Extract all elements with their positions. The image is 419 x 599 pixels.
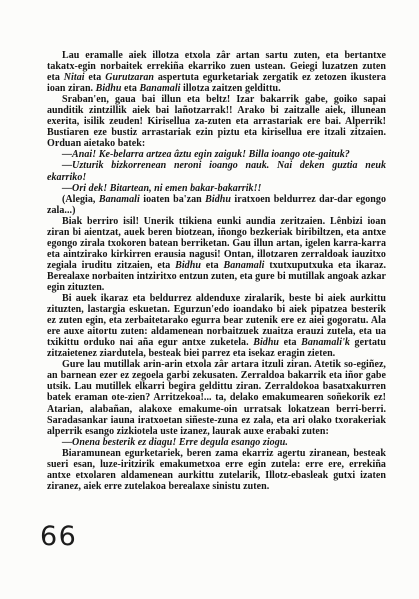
page-number: 66 [40, 521, 77, 552]
paragraph-body: Bi auek ikaraz eta beldurrez aldenduxe z… [47, 293, 386, 359]
text-run: eta [85, 72, 106, 83]
paragraph-body: Gure lau mutillak arin-arin etxola zâr a… [47, 359, 386, 436]
text-run: eta [122, 83, 140, 94]
italic-text-run: Banamali [224, 260, 265, 271]
text-run: Biaramunean egurketariek, beren zama eka… [47, 448, 386, 492]
italic-text-run: Bidhu [205, 194, 231, 205]
text-run: Sraban'en, gaua bai illun eta beltz! Iza… [47, 94, 386, 149]
paragraph-body: Lau eramalle aiek illotza etxola zâr art… [47, 50, 386, 94]
italic-text-run: Bidhu [175, 260, 201, 271]
italic-text-run: —Anai! Ke-belarra artzea âztu egin zaigu… [62, 149, 350, 160]
paragraph-dialogue: —Ori dek! Bitartean, ni emen bakar-bakar… [47, 183, 386, 194]
paragraph-dialogue: —Anai! Ke-belarra artzea âztu egin zaigu… [47, 149, 386, 160]
paragraph-dialogue: —Uzturik bizkorrenean neroni ioango nauk… [47, 160, 386, 182]
paragraph-body: Sraban'en, gaua bai illun eta beltz! Iza… [47, 94, 386, 149]
italic-text-run: —Onena besterik ez diagu! Erre degula es… [62, 437, 288, 448]
page-text: Lau eramalle aiek illotza etxola zâr art… [47, 50, 386, 492]
paragraph-dialogue: —Onena besterik ez diagu! Erre degula es… [47, 437, 386, 448]
text-run: eta [279, 337, 301, 348]
text-run: eta [201, 260, 224, 271]
italic-text-run: Banamali [99, 194, 140, 205]
book-page: Lau eramalle aiek illotza etxola zâr art… [0, 0, 419, 599]
text-run: (Alegia, [62, 194, 99, 205]
italic-text-run: Nitai [64, 72, 85, 83]
text-run: Gure lau mutillak arin-arin etxola zâr a… [47, 359, 386, 436]
text-run: ioaten ba'zan [140, 194, 205, 205]
italic-text-run: Bidhu [96, 83, 122, 94]
italic-text-run: Bidhu [253, 337, 279, 348]
italic-text-run: —Uzturik bizkorrenean neroni ioango nauk… [47, 160, 386, 182]
italic-text-run: Gurutzaran [105, 72, 154, 83]
text-run: illotza zaitzen geldittu. [181, 83, 281, 94]
paragraph-body: Biaramunean egurketariek, beren zama eka… [47, 448, 386, 492]
paragraph-body: Biak berriro isil! Unerik ttikiena eunki… [47, 216, 386, 293]
italic-text-run: —Ori dek! Bitartean, ni emen bakar-bakar… [62, 183, 262, 194]
italic-text-run: Banamali [140, 83, 181, 94]
paragraph-body: (Alegia, Banamali ioaten ba'zan Bidhu ir… [47, 194, 386, 216]
italic-text-run: Banamali'k [301, 337, 350, 348]
